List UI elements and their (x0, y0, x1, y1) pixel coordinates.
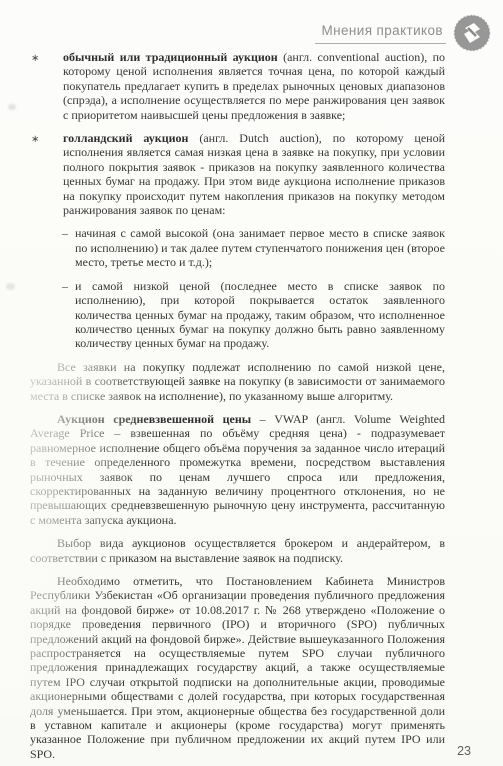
dash-marker: – (62, 226, 75, 269)
paragraph: Аукцион средневзвешенной цены – VWAP (ан… (30, 412, 445, 527)
paragraph: Выбор вида аукционов осуществляется брок… (30, 536, 445, 565)
page-content: ∗ обычный или традиционный аукцион (англ… (30, 50, 445, 766)
sub-bullet-text: и самой низкой ценой (последнее место в … (75, 279, 445, 351)
dash-marker: – (62, 279, 75, 351)
running-title: Мнения практиков (315, 23, 446, 44)
page-header: Мнения практиков (315, 14, 491, 52)
sub-bullet-list: – начиная с самой высокой (она занимает … (62, 226, 445, 350)
scan-smudge (8, 104, 16, 110)
paragraph-body: Все заявки на покупку подлежат исполнени… (30, 360, 445, 403)
publisher-emblem-icon (453, 14, 491, 52)
scan-smudge (6, 283, 15, 290)
sub-bullet-text: начиная с самой высокой (она занимает пе… (75, 226, 445, 269)
bullet-text: обычный или традиционный аукцион (англ. … (63, 50, 445, 122)
publisher-emblem-icon (453, 14, 491, 52)
bullet-marker-icon: ∗ (30, 50, 63, 122)
paragraph: Необходимо отметить, что Постановлением … (30, 574, 445, 761)
bullet-lead: обычный или традиционный аукцион (63, 50, 278, 64)
sub-bullet-item: – начиная с самой высокой (она занимает … (62, 226, 445, 269)
document-page: Мнения практиков ∗ обычный или традицион… (0, 0, 503, 766)
paragraph-body: – VWAP (англ. Volume Weighted Average Pr… (30, 412, 445, 527)
bullet-marker-icon: ∗ (30, 131, 63, 217)
paragraph: Все заявки на покупку подлежат исполнени… (30, 360, 445, 403)
bullet-item: ∗ обычный или традиционный аукцион (англ… (30, 50, 445, 122)
bullet-text: голландский аукцион (англ. Dutch auction… (63, 131, 445, 217)
bullet-item: ∗ голландский аукцион (англ. Dutch aucti… (30, 131, 445, 217)
sub-bullet-item: – и самой низкой ценой (последнее место … (62, 279, 445, 351)
paragraph-lead: Аукцион средневзвешенной цены (57, 412, 251, 426)
paragraph-body: Необходимо отметить, что Постановлением … (30, 574, 445, 761)
page-number: 23 (457, 744, 471, 758)
bullet-lead: голландский аукцион (63, 131, 188, 145)
paragraph-body: Выбор вида аукционов осуществляется брок… (30, 536, 445, 564)
